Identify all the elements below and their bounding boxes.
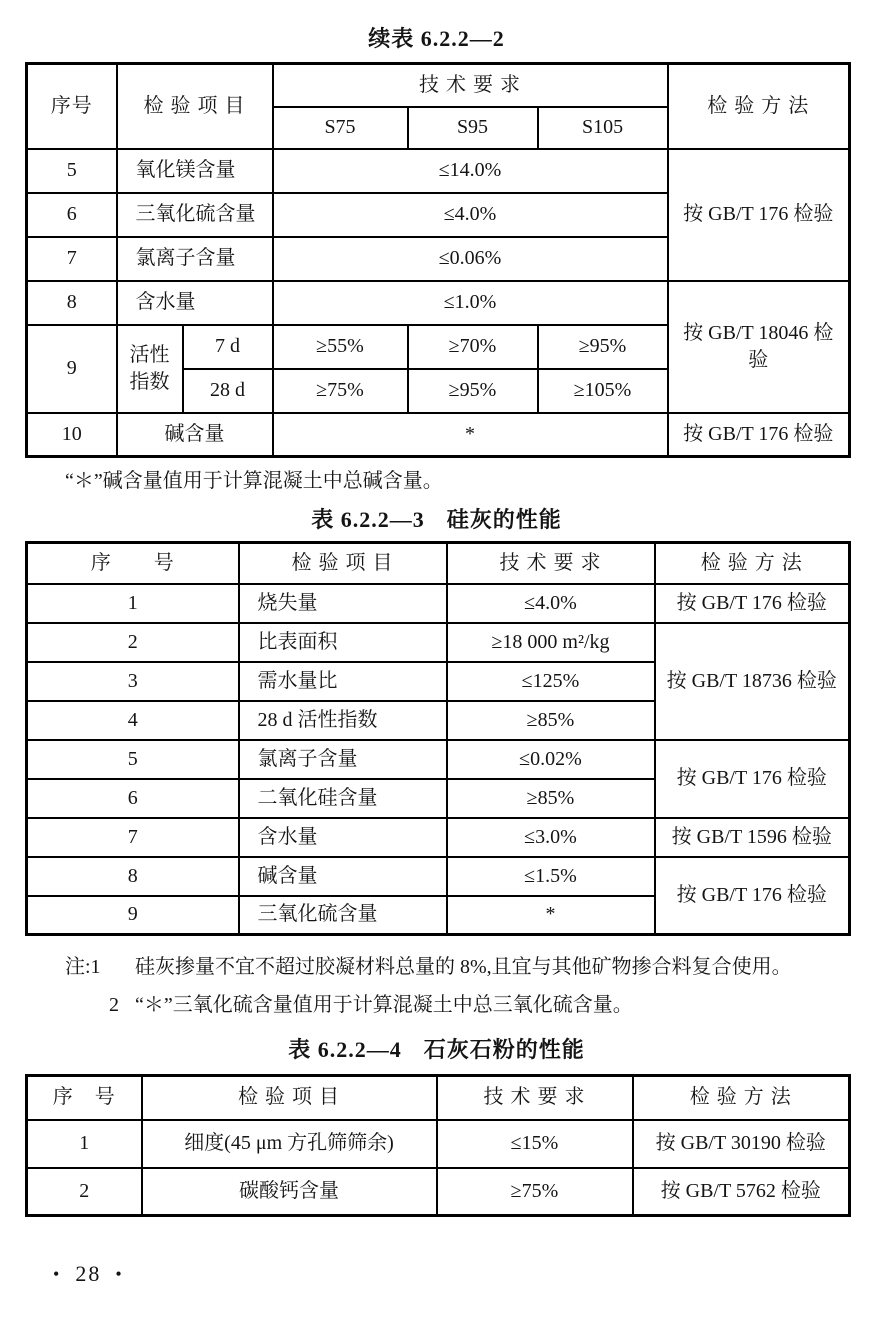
cell-value: ≤14.0% [273,149,668,193]
cell-value: ≤4.0% [447,584,655,623]
table-row: 5 氧化镁含量 ≤14.0% 按 GB/T 176 检验 [27,149,850,193]
table3-title: 表 6.2.2—3硅灰的性能 [25,504,848,536]
cell-method: 按 GB/T 176 检验 [668,149,850,281]
cell-serial: 9 [27,896,239,935]
header-inspection-method: 检 验 方 法 [668,64,850,149]
table-row: 1 细度(45 μm 方孔筛筛余) ≤15% 按 GB/T 30190 检验 [27,1120,850,1168]
table4-title: 表 6.2.2—4石灰石粉的性能 [25,1034,848,1066]
cell-value: ≤0.02% [447,740,655,779]
cell-method: 按 GB/T 1596 检验 [655,818,850,857]
page-number-bullet-left: • [53,1264,61,1284]
header-serial-number: 序号 [27,64,117,149]
note-text: 硅灰掺量不宜不超过胶凝材料总量的 8%,且宜与其他矿物掺合料复合使用。 [135,948,848,986]
header-inspection-method: 检 验 方 法 [633,1076,850,1120]
cell-age: 28 d [183,369,273,413]
cell-serial: 6 [27,779,239,818]
cell-serial: 8 [27,857,239,896]
cell-item: 氯离子含量 [117,237,273,281]
note-item: 注:1 硅灰掺量不宜不超过胶凝材料总量的 8%,且宜与其他矿物掺合料复合使用。 [65,948,848,986]
header-serial-number: 序 号 [27,543,239,584]
cell-item: 三氧化硫含量 [239,896,447,935]
cell-method: 按 GB/T 18736 检验 [655,623,850,740]
table4-title-label: 表 6.2.2—4 [288,1037,402,1062]
cell-item: 28 d 活性指数 [239,701,447,740]
header-inspection-item: 检 验 项 目 [117,64,273,149]
cell-value: ≥55% [273,325,408,369]
header-technical-requirement: 技 术 要 求 [273,64,668,107]
page-number-value: 28 [75,1261,101,1286]
header-grade-s75: S75 [273,107,408,149]
cell-item: 含水量 [117,281,273,325]
cell-serial: 2 [27,623,239,662]
cell-serial: 1 [27,1120,142,1168]
cell-item: 氧化镁含量 [117,149,273,193]
cell-method: 按 GB/T 176 检验 [668,413,850,457]
cell-value: * [273,413,668,457]
cell-value: ≥70% [408,325,538,369]
slag-powder-table: 序号 检 验 项 目 技 术 要 求 检 验 方 法 S75 S95 S105 … [25,62,851,458]
cell-value: ≥18 000 m²/kg [447,623,655,662]
cell-item: 烧失量 [239,584,447,623]
cell-value: ≥75% [437,1168,633,1216]
cell-method: 按 GB/T 176 检验 [655,584,850,623]
header-technical-requirement: 技 术 要 求 [447,543,655,584]
cell-serial: 6 [27,193,117,237]
table-header-row: 序 号 检 验 项 目 技 术 要 求 检 验 方 法 [27,1076,850,1120]
note-label: 注:1 [65,948,135,986]
note-text: “＊”三氧化硫含量值用于计算混凝土中总三氧化硫含量。 [135,986,848,1024]
cell-serial: 7 [27,818,239,857]
table-row: 1 烧失量 ≤4.0% 按 GB/T 176 检验 [27,584,850,623]
cell-value: ≤15% [437,1120,633,1168]
cell-activity-label: 活性指数 [117,325,183,413]
cell-serial: 4 [27,701,239,740]
table-row: 5 氯离子含量 ≤0.02% 按 GB/T 176 检验 [27,740,850,779]
table1-footnote: “＊”碱含量值用于计算混凝土中总碱含量。 [65,468,848,494]
header-grade-s105: S105 [538,107,668,149]
table-header-row: 序号 检 验 项 目 技 术 要 求 检 验 方 法 [27,64,850,107]
table-row: 2 碳酸钙含量 ≥75% 按 GB/T 5762 检验 [27,1168,850,1216]
page-number: •28• [53,1259,848,1289]
table4-title-name: 石灰石粉的性能 [424,1037,585,1062]
header-technical-requirement: 技 术 要 求 [437,1076,633,1120]
cell-item: 三氧化硫含量 [117,193,273,237]
cell-serial: 2 [27,1168,142,1216]
page-number-bullet-right: • [115,1264,123,1284]
cell-serial: 9 [27,325,117,413]
cell-value: ≥95% [538,325,668,369]
cell-method: 按 GB/T 176 检验 [655,740,850,818]
cell-value: ≤1.0% [273,281,668,325]
cell-method: 按 GB/T 18046 检验 [668,281,850,413]
cell-value: ≤3.0% [447,818,655,857]
table3-title-name: 硅灰的性能 [447,507,562,532]
table3-notes: 注:1 硅灰掺量不宜不超过胶凝材料总量的 8%,且宜与其他矿物掺合料复合使用。 … [65,948,848,1024]
cell-serial: 3 [27,662,239,701]
header-inspection-method: 检 验 方 法 [655,543,850,584]
cell-age: 7 d [183,325,273,369]
table-row: 8 含水量 ≤1.0% 按 GB/T 18046 检验 [27,281,850,325]
cell-value: ≥75% [273,369,408,413]
cell-item: 碱含量 [239,857,447,896]
table3-title-label: 表 6.2.2—3 [311,507,425,532]
silica-fume-table: 序 号 检 验 项 目 技 术 要 求 检 验 方 法 1 烧失量 ≤4.0% … [25,541,851,936]
cell-serial: 8 [27,281,117,325]
cell-value: ≤0.06% [273,237,668,281]
cell-method: 按 GB/T 176 检验 [655,857,850,935]
cell-value: ≥85% [447,779,655,818]
cell-serial: 5 [27,149,117,193]
cell-serial: 5 [27,740,239,779]
table-row: 10 碱含量 * 按 GB/T 176 检验 [27,413,850,457]
header-inspection-item: 检 验 项 目 [142,1076,437,1120]
cell-value: ≤125% [447,662,655,701]
cell-item: 含水量 [239,818,447,857]
cell-value: ≥105% [538,369,668,413]
cell-value: * [447,896,655,935]
cell-item: 需水量比 [239,662,447,701]
cell-item: 二氧化硅含量 [239,779,447,818]
cell-item: 碳酸钙含量 [142,1168,437,1216]
note-label: 2 [65,986,135,1024]
document-page: 续表 6.2.2—2 序号 检 验 项 目 技 术 要 求 检 验 方 法 S7… [0,0,874,1343]
header-grade-s95: S95 [408,107,538,149]
cell-method: 按 GB/T 30190 检验 [633,1120,850,1168]
cell-method: 按 GB/T 5762 检验 [633,1168,850,1216]
cell-serial: 1 [27,584,239,623]
cell-value: ≤4.0% [273,193,668,237]
table-row: 8 碱含量 ≤1.5% 按 GB/T 176 检验 [27,857,850,896]
table-header-row: 序 号 检 验 项 目 技 术 要 求 检 验 方 法 [27,543,850,584]
note-item: 2 “＊”三氧化硫含量值用于计算混凝土中总三氧化硫含量。 [65,986,848,1024]
limestone-powder-table: 序 号 检 验 项 目 技 术 要 求 检 验 方 法 1 细度(45 μm 方… [25,1074,851,1217]
cell-item: 氯离子含量 [239,740,447,779]
cell-value: ≥95% [408,369,538,413]
cell-serial: 10 [27,413,117,457]
header-inspection-item: 检 验 项 目 [239,543,447,584]
table-row: 7 含水量 ≤3.0% 按 GB/T 1596 检验 [27,818,850,857]
cell-item: 细度(45 μm 方孔筛筛余) [142,1120,437,1168]
cell-item: 比表面积 [239,623,447,662]
cell-serial: 7 [27,237,117,281]
cell-value: ≥85% [447,701,655,740]
cell-value: ≤1.5% [447,857,655,896]
header-serial-number: 序 号 [27,1076,142,1120]
cell-item: 碱含量 [117,413,273,457]
table1-title: 续表 6.2.2—2 [25,24,848,54]
table-row: 2 比表面积 ≥18 000 m²/kg 按 GB/T 18736 检验 [27,623,850,662]
